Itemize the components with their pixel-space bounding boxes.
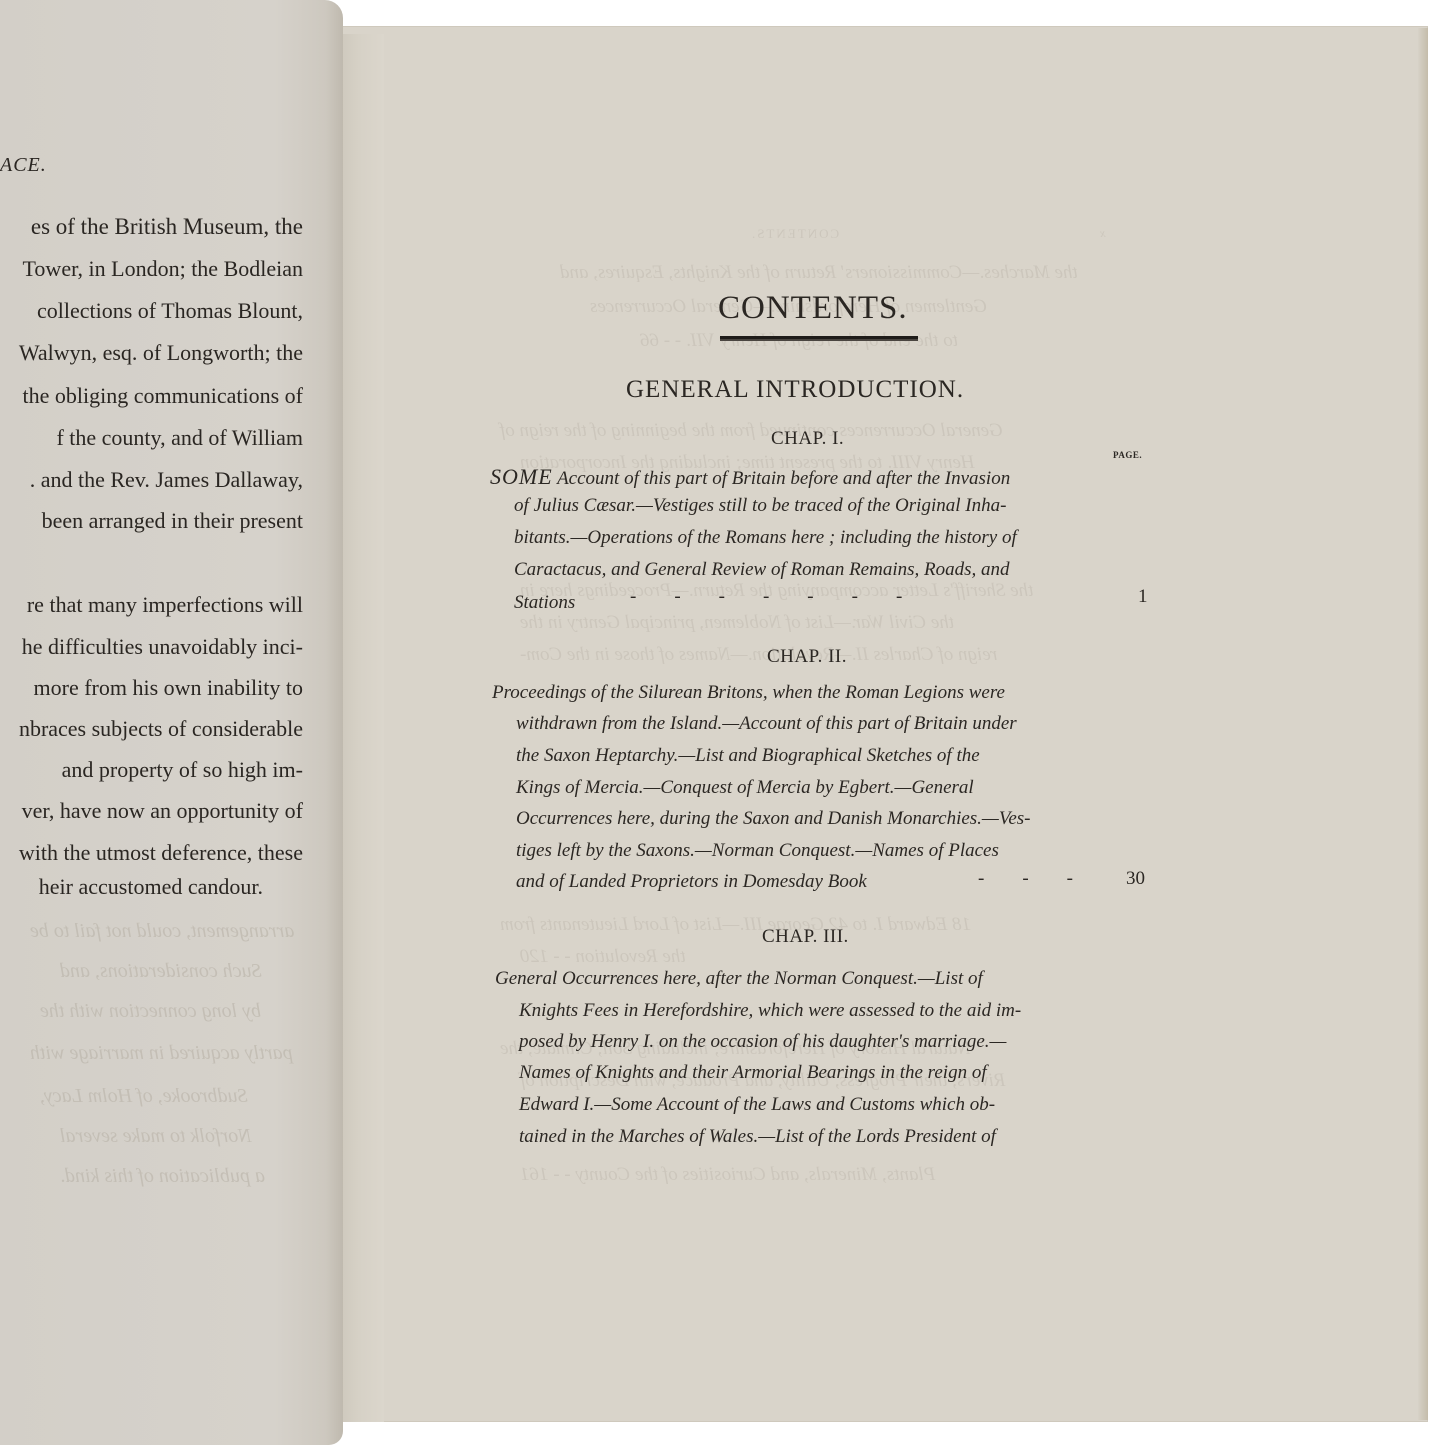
preface-line: he difficulties unavoidably inci-: [22, 634, 303, 660]
entry-text: Account of this part of Britain before a…: [557, 468, 1010, 489]
show-through-line: to the end of the reign of Henry VII. - …: [640, 330, 958, 352]
toc-entry-line: Edward I.—Some Account of the Laws and C…: [519, 1094, 995, 1116]
dot-leader: - - - - - - -: [630, 586, 902, 608]
chapter-heading: CHAP. II.: [767, 646, 847, 668]
preface-line: been arranged in their present: [42, 508, 303, 534]
show-through-line: Such considerations, and: [60, 960, 262, 983]
preface-line: with the utmost deference, these: [19, 840, 303, 866]
show-through-line: 18 Edward I. to 42 George III.—List of L…: [500, 914, 971, 936]
toc-entry-line: General Occurrences here, after the Norm…: [495, 968, 983, 990]
toc-entry-line: withdrawn from the Island.—Account of th…: [516, 713, 1017, 735]
preface-line: es of the British Museum, the: [31, 214, 303, 240]
lead-word: SOME: [490, 464, 553, 489]
title-underline: [720, 336, 918, 339]
preface-line: and property of so high im-: [62, 757, 303, 783]
page-number: 1: [1138, 586, 1148, 608]
toc-entry-line: Occurrences here, during the Saxon and D…: [516, 808, 1030, 830]
page-edge: [1418, 28, 1428, 1420]
toc-entry-line: Names of Knights and their Armorial Bear…: [519, 1062, 987, 1084]
show-through-line: the Revolution - - 120: [520, 946, 686, 968]
show-through-header: CONTENTS.: [750, 226, 839, 242]
toc-entry-line: Knights Fees in Herefordshire, which wer…: [519, 1000, 1021, 1022]
toc-entry-line: and of Landed Proprietors in Domesday Bo…: [516, 871, 867, 893]
toc-entry-line: bitants.—Operations of the Romans here ;…: [514, 527, 1017, 549]
show-through-line: General Occurrences continued from the b…: [500, 420, 1003, 442]
preface-line: ver, have now an opportunity of: [22, 798, 303, 824]
show-through-page-marker: x: [1100, 226, 1105, 241]
preface-line: Walwyn, esq. of Longworth; the: [19, 340, 303, 366]
toc-entry-line: the Saxon Heptarchy.—List and Biographic…: [516, 745, 980, 767]
show-through-line: Norfolk to make several: [60, 1125, 252, 1148]
toc-entry-line: tiges left by the Saxons.—Norman Conques…: [516, 840, 999, 862]
section-heading: GENERAL INTRODUCTION.: [626, 376, 964, 404]
chapter-heading: CHAP. I.: [771, 428, 844, 450]
show-through-line: Plants, Minerals, and Curiosities of the…: [520, 1164, 935, 1186]
show-through-line: by long connection with the: [40, 1000, 261, 1023]
toc-entry-line: of Julius Cæsar.—Vestiges still to be tr…: [514, 495, 1006, 517]
preface-line: the obliging communications of: [23, 383, 303, 409]
show-through-line: the Civil War.—List of Noblemen, princip…: [520, 612, 954, 634]
toc-entry-line: Stations: [514, 592, 575, 614]
toc-entry-line: Kings of Mercia.—Conquest of Mercia by E…: [516, 777, 974, 799]
toc-entry-line: posed by Henry I. on the occasion of his…: [519, 1031, 1006, 1053]
toc-entry-line: Proceedings of the Silurean Britons, whe…: [492, 682, 1005, 704]
preface-line: Tower, in London; the Bodleian: [23, 256, 303, 282]
show-through-line: Sudbrooke, of Holm Lacy,: [40, 1085, 248, 1108]
preface-line: . and the Rev. James Dallaway,: [30, 467, 303, 493]
show-through-line: the Marches.—Commissioners' Return of th…: [560, 262, 1078, 284]
toc-entry-line: Caractacus, and General Review of Roman …: [514, 559, 1010, 581]
show-through-line: arrangement, could not fail to be: [30, 920, 294, 943]
left-page: ACE. es of the British Museum, the Tower…: [0, 0, 343, 1445]
preface-line: heir accustomed candour.: [39, 874, 263, 900]
page-number: 30: [1126, 868, 1145, 890]
preface-line: more from his own inability to: [34, 675, 303, 701]
preface-line: nbraces subjects of considerable: [19, 716, 303, 742]
toc-entry-line: SOME Account of this part of Britain bef…: [490, 464, 1010, 490]
preface-line: re that many imperfections will: [27, 592, 303, 618]
running-head: ACE.: [0, 154, 47, 177]
preface-line: collections of Thomas Blount,: [37, 298, 303, 324]
page-title: CONTENTS.: [718, 290, 908, 327]
dot-leader: - - -: [978, 868, 1073, 890]
show-through-line: a publication of this kind.: [60, 1165, 265, 1188]
preface-line: f the county, and of William: [56, 425, 303, 451]
show-through-line: partly acquired in marriage with: [30, 1042, 293, 1065]
toc-entry-line: tained in the Marches of Wales.—List of …: [519, 1126, 996, 1148]
page-column-label: PAGE.: [1113, 450, 1142, 460]
chapter-heading: CHAP. III.: [762, 926, 849, 948]
show-through-line: reign of Charles II.—Revolution.—Names o…: [520, 644, 997, 666]
